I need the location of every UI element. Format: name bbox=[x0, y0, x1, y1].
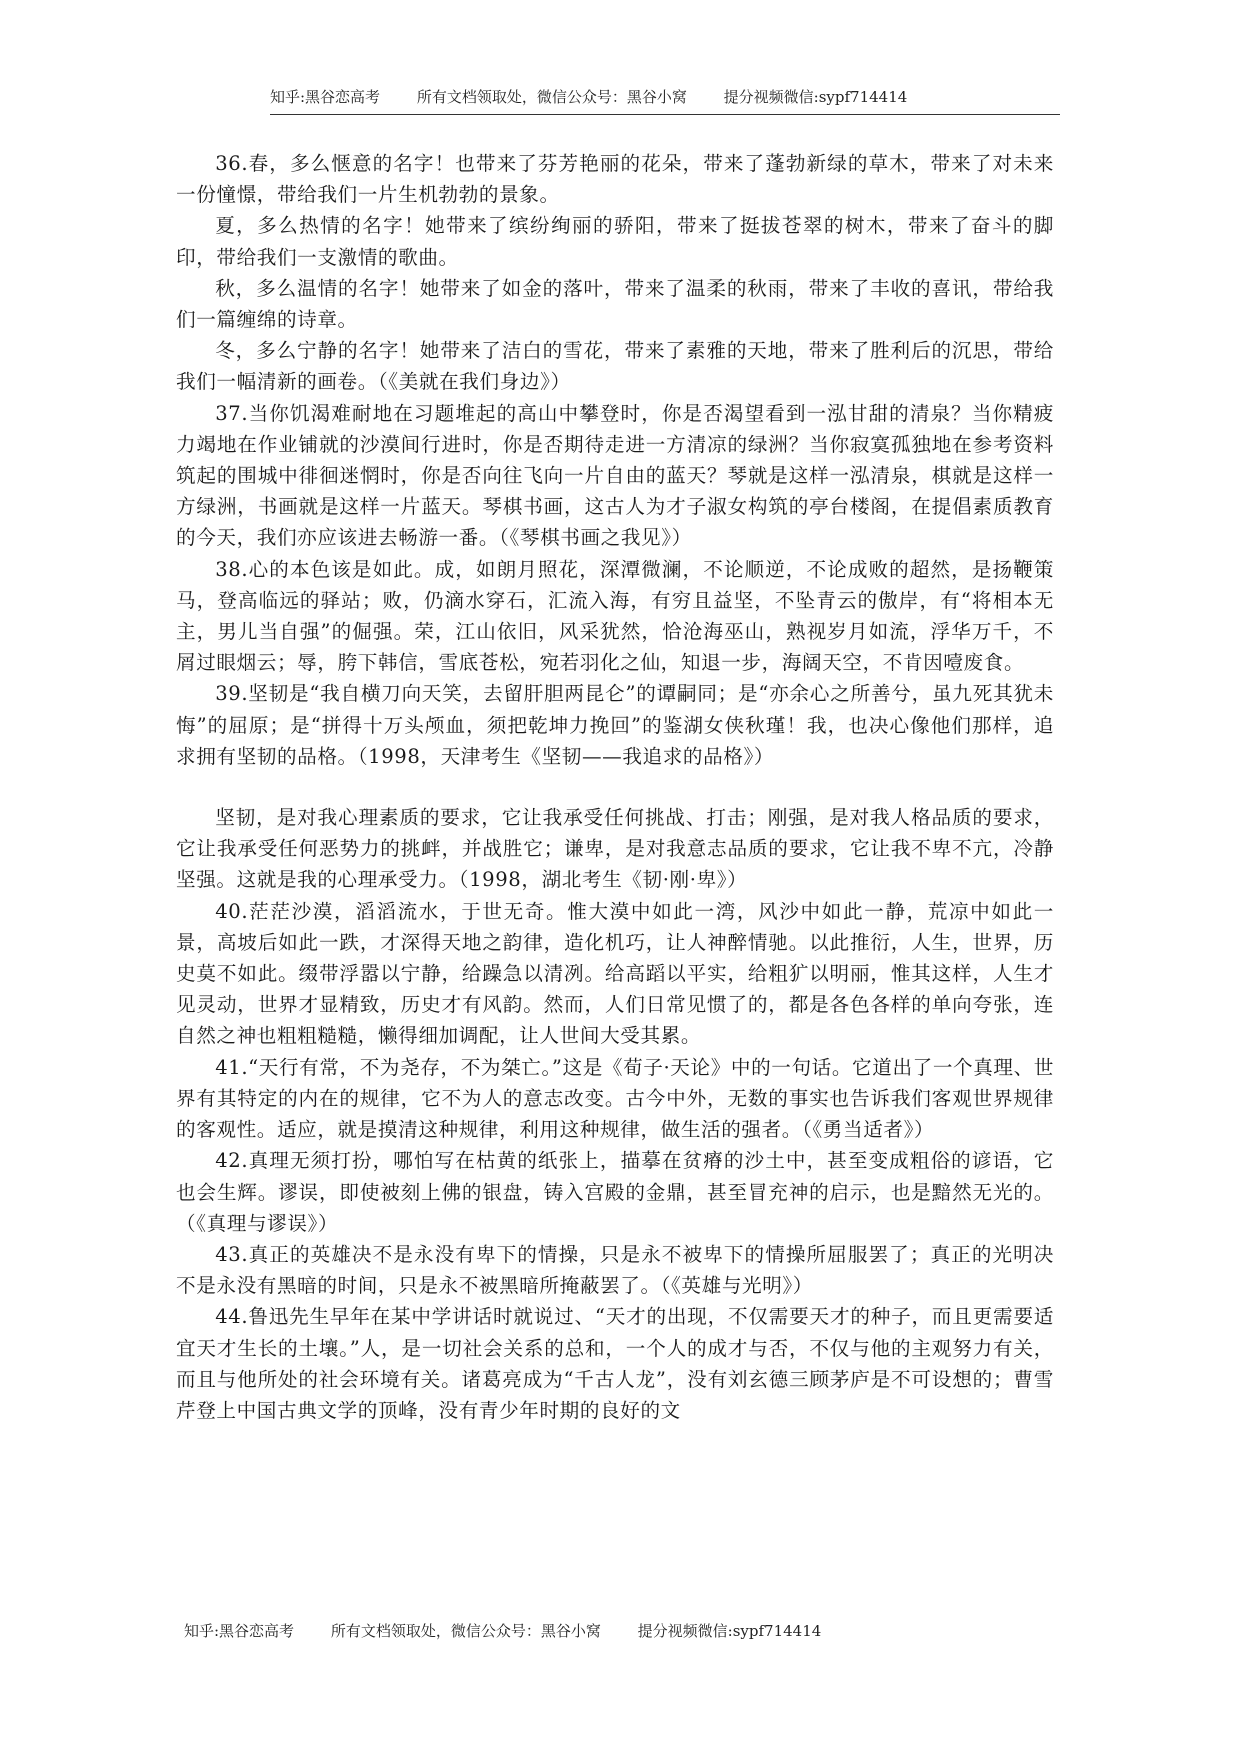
paragraph-36-summer: 夏，多么热情的名字！她带来了缤纷绚丽的骄阳，带来了挺拔苍翠的树木，带来了奋斗的脚… bbox=[176, 210, 1054, 272]
paragraph-44: 44.鲁迅先生早年在某中学讲话时就说过、“天才的出现，不仅需要天才的种子，而且更… bbox=[176, 1301, 1054, 1426]
paragraph-41: 41.“天行有常，不为尧存，不为桀亡。”这是《荀子·天论》中的一句话。它道出了一… bbox=[176, 1052, 1054, 1146]
paragraph-43: 43.真正的英雄决不是永没有卑下的情操，只是永不被卑下的情操所屈服罢了；真正的光… bbox=[176, 1239, 1054, 1301]
paragraph-36-spring: 36.春，多么惬意的名字！也带来了芬芳艳丽的花朵，带来了蓬勃新绿的草木，带来了对… bbox=[176, 148, 1054, 210]
footer-wechat: 提分视频微信:sypf714414 bbox=[638, 1620, 822, 1641]
header-wechat: 提分视频微信:sypf714414 bbox=[724, 86, 908, 107]
paragraph-39-continued: 坚韧，是对我心理素质的要求，它让我承受任何挑战、打击；刚强，是对我人格品质的要求… bbox=[176, 802, 1054, 896]
header-zhihu: 知乎:黑谷恋高考 bbox=[270, 86, 380, 107]
paragraph-36-autumn: 秋，多么温情的名字！她带来了如金的落叶，带来了温柔的秋雨，带来了丰收的喜讯，带给… bbox=[176, 273, 1054, 335]
paragraph-39: 39.坚韧是“我自横刀向天笑，去留肝胆两昆仑”的谭嗣同；是“亦余心之所善兮，虽九… bbox=[176, 678, 1054, 772]
page-footer: 知乎:黑谷恋高考 所有文档领取处，微信公众号：黑谷小窝 提分视频微信:sypf7… bbox=[184, 1620, 821, 1641]
paragraph-40: 40.茫茫沙漠，滔滔流水，于世无奇。惟大漠中如此一湾，风沙中如此一静，荒凉中如此… bbox=[176, 896, 1054, 1052]
footer-zhihu: 知乎:黑谷恋高考 bbox=[184, 1620, 294, 1641]
paragraph-37: 37.当你饥渴难耐地在习题堆起的高山中攀登时，你是否渴望看到一泓甘甜的清泉？当你… bbox=[176, 398, 1054, 554]
footer-docs: 所有文档领取处，微信公众号：黑谷小窝 bbox=[331, 1620, 601, 1641]
paragraph-gap bbox=[176, 772, 1054, 802]
paragraph-38: 38.心的本色该是如此。成，如朗月照花，深潭微澜，不论顺逆，不论成败的超然，是扬… bbox=[176, 554, 1054, 679]
paragraph-42: 42.真理无须打扮，哪怕写在枯黄的纸张上，描摹在贫瘠的沙土中，甚至变成粗俗的谚语… bbox=[176, 1145, 1054, 1239]
document-body: 36.春，多么惬意的名字！也带来了芬芳艳丽的花朵，带来了蓬勃新绿的草木，带来了对… bbox=[176, 148, 1054, 1426]
header-docs: 所有文档领取处，微信公众号：黑谷小窝 bbox=[417, 86, 687, 107]
page-header: 知乎:黑谷恋高考 所有文档领取处，微信公众号：黑谷小窝 提分视频微信:sypf7… bbox=[270, 86, 1060, 115]
paragraph-36-winter: 冬，多么宁静的名字！她带来了洁白的雪花，带来了素雅的天地，带来了胜利后的沉思，带… bbox=[176, 335, 1054, 397]
